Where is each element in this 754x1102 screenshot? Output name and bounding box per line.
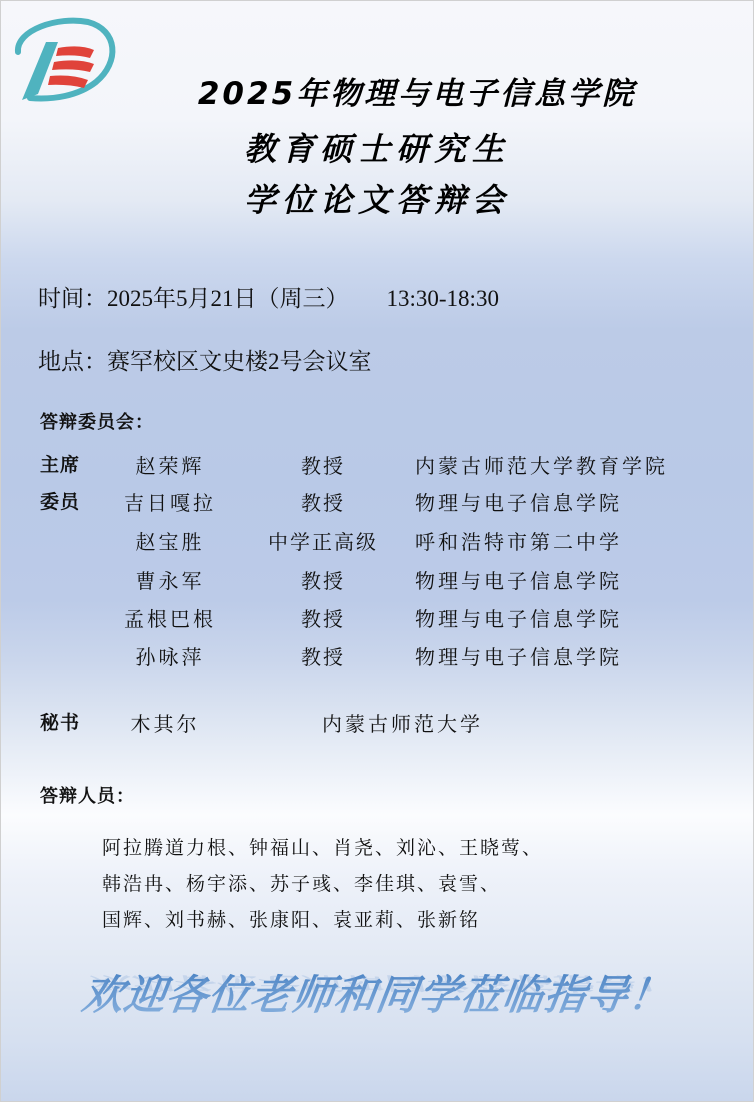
defenders-line: 韩浩冉、杨宇添、苏子彧、李佳琪、袁雪、 [102, 866, 722, 902]
committee-name: 赵宝胜 [95, 526, 245, 555]
secretary-name: 木其尔 [90, 708, 240, 737]
committee-org: 物理与电子信息学院 [415, 603, 622, 632]
secretary-row: 秘书 木其尔 内蒙古师范大学 [0, 708, 754, 738]
committee-org: 物理与电子信息学院 [415, 641, 622, 670]
place-value: 赛罕校区文史楼2号会议室 [107, 349, 372, 374]
committee-row: 主席 赵荣辉 教授 内蒙古师范大学教育学院 [0, 450, 754, 480]
committee-row: 孟根巴根 教授 物理与电子信息学院 [0, 603, 754, 633]
title-line-3: 学位论文答辩会 [0, 175, 754, 221]
committee-org: 物理与电子信息学院 [415, 565, 622, 594]
time-date: 2025年5月21日（周三） [107, 286, 349, 311]
committee-title: 教授 [248, 603, 398, 632]
title-line-2: 教育硕士研究生 [0, 124, 754, 170]
committee-title: 教授 [248, 641, 398, 670]
place-label: 地点： [38, 349, 107, 374]
committee-title: 教授 [248, 487, 398, 516]
time-row: 时间：2025年5月21日（周三）13:30-18:30 [38, 280, 499, 313]
secretary-role: 秘书 [40, 708, 80, 735]
committee-row: 赵宝胜 中学正高级 呼和浩特市第二中学 [0, 526, 754, 556]
defenders-line: 阿拉腾道力根、钟福山、肖尧、刘沁、王晓莺、 [102, 830, 722, 866]
title-line-1: 2025年物理与电子信息学院 [40, 68, 754, 113]
committee-org: 物理与电子信息学院 [415, 487, 622, 516]
committee-role: 主席 [40, 450, 80, 477]
committee-heading: 答辩委员会： [40, 408, 154, 434]
defenders-line: 国辉、刘书赫、张康阳、袁亚莉、张新铭 [102, 902, 722, 938]
committee-name: 曹永军 [95, 565, 245, 594]
committee-name: 赵荣辉 [95, 450, 245, 479]
committee-row: 孙咏萍 教授 物理与电子信息学院 [0, 641, 754, 671]
defenders-list: 阿拉腾道力根、钟福山、肖尧、刘沁、王晓莺、 韩浩冉、杨宇添、苏子彧、李佳琪、袁雪… [102, 830, 722, 938]
time-label: 时间： [38, 286, 107, 311]
committee-row: 曹永军 教授 物理与电子信息学院 [0, 565, 754, 595]
welcome-banner: 欢迎各位老师和同学莅临指导！ 欢迎各位老师和同学莅临指导！ [0, 962, 754, 1021]
defenders-heading: 答辩人员： [40, 782, 135, 808]
committee-row: 委员 吉日嘎拉 教授 物理与电子信息学院 [0, 487, 754, 517]
committee-name: 吉日嘎拉 [95, 487, 245, 516]
committee-title: 教授 [248, 450, 398, 479]
committee-name: 孙咏萍 [95, 641, 245, 670]
committee-role: 委员 [40, 487, 80, 514]
committee-title: 中学正高级 [248, 526, 398, 555]
place-row: 地点：赛罕校区文史楼2号会议室 [38, 343, 372, 376]
secretary-org: 内蒙古师范大学 [322, 708, 483, 737]
time-hours: 13:30-18:30 [387, 286, 499, 311]
committee-org: 内蒙古师范大学教育学院 [415, 450, 668, 479]
welcome-text: 欢迎各位老师和同学莅临指导！ [79, 962, 675, 1021]
committee-name: 孟根巴根 [95, 603, 245, 632]
committee-title: 教授 [248, 565, 398, 594]
committee-org: 呼和浩特市第二中学 [415, 526, 622, 555]
